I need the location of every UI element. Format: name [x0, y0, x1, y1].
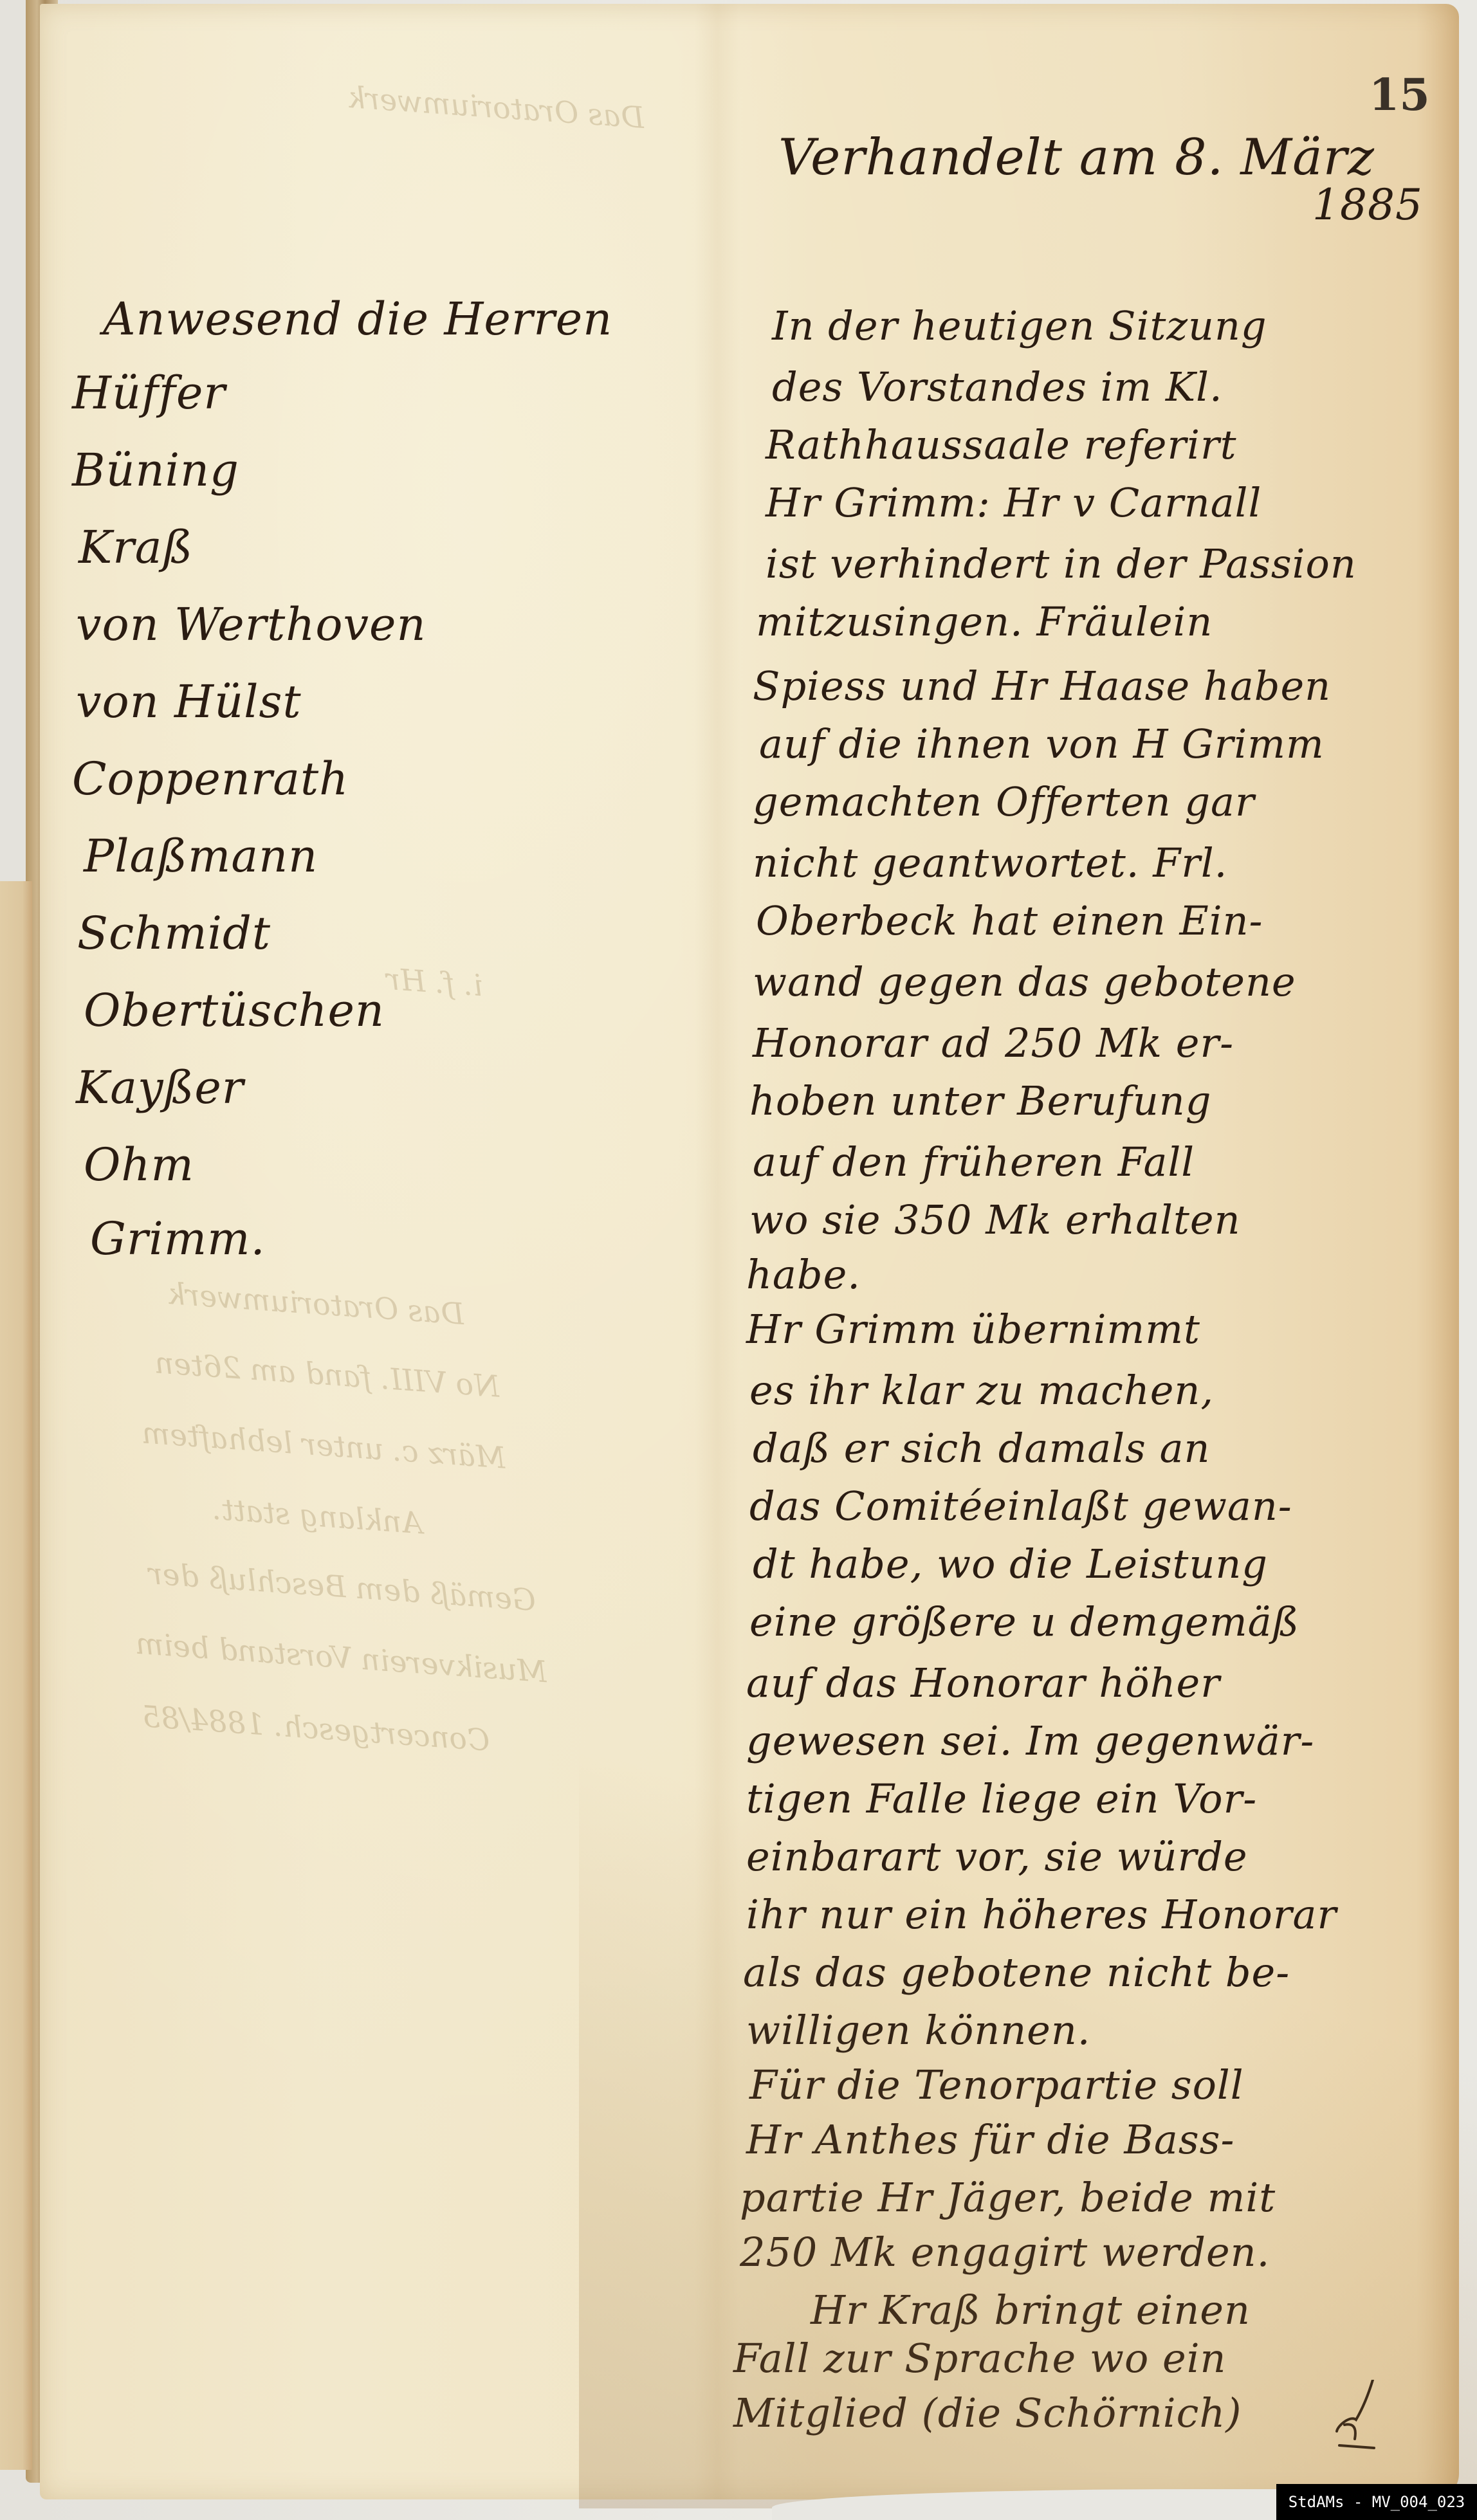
body-line: Mitglied (die Schörnich) — [733, 2389, 1242, 2436]
attendee-name: Büning — [72, 444, 239, 497]
paraph-mark — [1332, 2380, 1377, 2451]
body-line: willigen können. — [746, 2007, 1091, 2054]
body-line: wo sie 350 Mk erhalten — [749, 1196, 1241, 1243]
body-line: Für die Tenorpartie soll — [749, 2061, 1244, 2108]
attendee-name: von Hülst — [76, 675, 302, 728]
body-line: habe. — [746, 1251, 861, 1298]
body-line: Hr Anthes für die Bass- — [746, 2116, 1234, 2163]
attendee-name: Obertüschen — [84, 984, 385, 1037]
attendee-name: Coppenrath — [72, 753, 349, 805]
body-line: tigen Falle liege ein Vor- — [746, 1775, 1257, 1822]
body-line: auf den früheren Fall — [753, 1138, 1195, 1185]
underlying-sheet-edge — [0, 881, 32, 2470]
body-line: es ihr klar zu machen, — [749, 1367, 1214, 1414]
attendee-name: Plaßmann — [84, 830, 318, 882]
body-line: des Vorstandes im Kl. — [772, 363, 1223, 410]
body-line: auf die ihnen von H Grimm — [759, 720, 1325, 767]
body-line: Honorar ad 250 Mk er- — [753, 1019, 1234, 1066]
meeting-year: 1885 — [1312, 180, 1423, 230]
body-line: nicht geantwortet. Frl. — [753, 839, 1227, 886]
body-line: gewesen sei. Im gegenwär- — [746, 1717, 1314, 1764]
body-line: 250 Mk engagirt werden. — [740, 2229, 1270, 2276]
body-line: auf das Honorar höher — [746, 1659, 1220, 1706]
attendee-name: Hüffer — [72, 367, 226, 419]
body-line: Hr Grimm: Hr v Carnall — [766, 479, 1261, 526]
attendee-name: von Werthoven — [76, 598, 427, 651]
body-line: dt habe, wo die Leistung — [753, 1540, 1268, 1587]
attendee-name: Kayßer — [76, 1061, 244, 1114]
body-line: hoben unter Berufung — [749, 1077, 1211, 1124]
body-line: Hr Kraß bringt einen — [811, 2287, 1251, 2333]
body-line: Spiess und Hr Haase haben — [753, 662, 1331, 709]
page-number: 15 — [1369, 69, 1430, 121]
body-line: Hr Grimm übernimmt — [746, 1306, 1200, 1353]
body-line: gemachten Offerten gar — [753, 778, 1255, 825]
body-line: wand gegen das gebotene — [753, 958, 1296, 1005]
body-line: ihr nur ein höheres Honorar — [746, 1891, 1337, 1938]
body-line: Fall zur Sprache wo ein — [733, 2335, 1226, 2382]
attendee-name: Ohm — [84, 1138, 194, 1191]
body-line: partie Hr Jäger, beide mit — [740, 2174, 1276, 2221]
body-line: ist verhindert in der Passion — [766, 540, 1357, 587]
body-line: Rathhaussaale referirt — [766, 421, 1237, 468]
body-line: daß er sich damals an — [753, 1425, 1210, 1472]
body-line: eine größere u demgemäß — [749, 1598, 1299, 1645]
body-line: einbarart vor, sie würde — [746, 1833, 1248, 1880]
body-line: das Comitéeinlaßt gewan- — [749, 1483, 1292, 1529]
body-line: In der heutigen Sitzung — [772, 302, 1267, 349]
attendance-heading: Anwesend die Herren — [103, 293, 612, 345]
center-fold — [695, 4, 740, 2499]
body-line: mitzusingen. Fräulein — [756, 598, 1213, 645]
archive-reference-label: StdAMs - MV_004_023 — [1276, 2484, 1477, 2520]
attendee-name: Kraß — [78, 521, 193, 574]
body-line: als das gebotene nicht be- — [743, 1949, 1290, 1996]
attendee-name: Schmidt — [77, 907, 271, 960]
body-line: Oberbeck hat einen Ein- — [756, 897, 1263, 944]
attendee-name: Grimm. — [90, 1212, 266, 1265]
bleed-line: i. f. Hr — [385, 962, 484, 1003]
meeting-date-heading: Verhandelt am 8. März — [778, 129, 1375, 187]
